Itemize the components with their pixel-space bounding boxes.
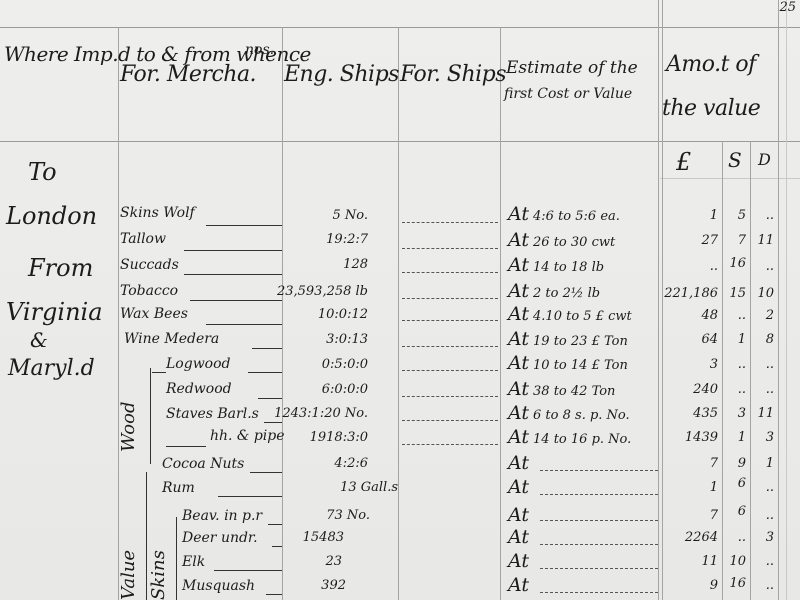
leader-line [268,524,282,525]
dotted-leader [402,248,498,249]
pounds-cell: 64 [701,332,718,347]
header-amount-line2: the value [662,96,760,121]
dotted-leader [402,222,498,223]
header-english-ships: Eng. Ships [284,62,399,87]
estimate-cell: At [508,504,533,526]
estimate-cell: At14 to 18 lb [508,254,604,276]
leader-line [152,372,166,373]
shillings-cell: 3 [738,406,746,421]
shillings-cell: .. [738,382,746,397]
column-divider-5 [658,0,659,600]
header-amount-line1: Amo.t of [666,52,756,77]
wood-brace [150,368,151,464]
place-from: From [28,254,93,282]
estimate-cell: At [508,476,533,498]
dotted-leader [402,346,498,347]
pounds-cell: 11 [701,554,718,569]
place-london: London [6,202,97,230]
pounds-cell: 3 [710,357,718,372]
leader-line [184,274,282,275]
leader-line [184,250,282,251]
leader-line [206,324,282,325]
leader-line [252,348,282,349]
pence-cell: .. [766,508,774,523]
dotted-leader [402,370,498,371]
leader-line [166,446,206,447]
dotted-leader [540,544,658,545]
item-label: Wax Bees [120,306,188,322]
header-pounds: £ [676,148,691,176]
shillings-cell: 15 [729,286,746,301]
pounds-cell: 1439 [685,430,718,445]
qty-cell: 23,593,258 lb [277,284,368,299]
header-bottom-rule [0,141,800,142]
place-and: & [30,328,48,352]
pence-cell: .. [766,554,774,569]
qty-cell: 10:0:12 [318,307,368,322]
shillings-cell: .. [738,530,746,545]
qty-cell: 128 [343,257,368,272]
estimate-cell: At14 to 16 p. No. [508,426,631,448]
pounds-cell: 2264 [685,530,718,545]
estimate-cell: At [508,452,533,474]
qty-cell: 15483 [303,530,344,545]
pence-cell: 2 [766,308,774,323]
column-divider-4 [500,27,501,600]
dotted-leader [540,494,658,495]
item-label: Succads [120,257,179,273]
column-divider-pounds [722,141,723,600]
item-label: Rum [162,480,195,496]
shillings-cell: 5 [738,208,746,223]
qty-cell: 1243:1:20 No. [274,406,368,421]
estimate-cell: At26 to 30 cwt [508,229,615,251]
qty-cell: 19:2:7 [326,232,368,247]
item-label: Wine Medera [124,331,219,347]
pounds-cell: 1 [710,480,718,495]
qty-cell: 6:0:0:0 [322,382,368,397]
leader-line [250,472,282,473]
pence-cell: 10 [757,286,774,301]
qty-cell: 5 No. [332,208,368,223]
pounds-cell: .. [710,259,718,274]
group-label-value: Value [118,550,139,600]
shillings-cell: 10 [729,554,746,569]
dotted-leader [540,592,658,593]
header-shillings: S [728,148,742,172]
header-foreign-merchandise: For. Mercha. [120,62,256,87]
pence-cell: 11 [757,233,774,248]
pounds-cell: 1 [710,208,718,223]
pounds-cell: 240 [693,382,718,397]
leader-line [258,398,282,399]
qty-cell: 0:5:0:0 [322,357,368,372]
item-label: Staves Barl.s [166,406,259,422]
pounds-cell: 7 [710,456,718,471]
dotted-leader [402,444,498,445]
column-divider-shillings [750,141,751,600]
group-label-wood: Wood [118,402,139,452]
qty-cell: 392 [321,578,346,593]
leader-line [248,372,282,373]
estimate-cell: At4.10 to 5 £ cwt [508,303,632,325]
estimate-cell: At19 to 23 £ Ton [508,328,628,350]
item-label: Beav. in p.r [182,508,262,524]
pence-cell: .. [766,382,774,397]
header-top-rule [0,27,800,28]
group-label-skins: Skins [148,550,169,600]
column-divider-3 [398,27,399,600]
estimate-cell: At6 to 8 s. p. No. [508,402,630,424]
pence-cell: .. [766,578,774,593]
leader-line [206,225,282,226]
item-label: Redwood [166,381,232,397]
item-label: Cocoa Nuts [162,456,244,472]
qty-cell: 73 No. [326,508,370,523]
shillings-cell: 7 [738,233,746,248]
estimate-cell: At [508,574,533,596]
pounds-cell: 48 [701,308,718,323]
pounds-cell: 435 [693,406,718,421]
leader-line [272,546,282,547]
column-divider-2 [282,27,283,600]
leader-line [214,570,282,571]
pence-cell: 3 [766,430,774,445]
shillings-cell: 6 [738,476,746,491]
estimate-cell: At10 to 14 £ Ton [508,352,628,374]
column-divider-pence [778,0,779,600]
qty-cell: 3:0:13 [326,332,368,347]
estimate-cell: At4:6 to 5:6 ea. [508,203,620,225]
pounds-cell: 27 [701,233,718,248]
shillings-cell: 1 [738,430,746,445]
shillings-cell: 16 [729,576,746,591]
place-to: To [28,158,57,186]
shillings-cell: 9 [738,456,746,471]
leader-line [266,594,282,595]
dotted-leader [402,420,498,421]
pence-cell: 8 [766,332,774,347]
item-label: Tobacco [120,283,178,299]
pence-cell: .. [766,259,774,274]
dotted-leader [402,320,498,321]
item-label: hh. & pipe [210,428,285,444]
shillings-cell: .. [738,308,746,323]
column-divider-edge [786,0,787,600]
pence-cell: .. [766,480,774,495]
item-label: Tallow [120,231,166,247]
ledger-page: 25 Where Imp.d to & from whence For. Mer… [0,0,800,600]
item-label: Elk [182,554,205,570]
dotted-leader [540,470,658,471]
pounds-cell: 9 [710,578,718,593]
qty-cell: 13 Gall.s [340,480,398,495]
estimate-cell: At38 to 42 Ton [508,378,615,400]
estimate-cell: At [508,550,533,572]
pence-cell: 3 [766,530,774,545]
header-foreign-ships: For. Ships [400,62,506,87]
pence-cell: 1 [766,456,774,471]
leader-line [218,496,282,497]
leader-line [190,300,282,301]
qty-cell: 23 [325,554,342,569]
place-maryland: Maryl.d [8,356,95,381]
header-estimate-line2: first Cost or Value [504,86,632,102]
shillings-cell: 16 [729,256,746,271]
header-foreign-merchandise-note: nos. [245,42,274,58]
item-label: Skins Wolf [120,205,195,221]
header-estimate-line1: Estimate of the [506,58,638,78]
currency-rule [660,178,800,179]
estimate-cell: At [508,526,533,548]
page-number: 25 [779,0,796,15]
shillings-cell: 1 [738,332,746,347]
column-divider-1 [118,27,119,600]
item-label: Musquash [182,578,255,594]
pence-cell: 11 [757,406,774,421]
column-divider-5b [662,0,663,600]
pence-cell: .. [766,208,774,223]
qty-cell: 4:2:6 [334,456,368,471]
header-pence: D [758,150,771,169]
shillings-cell: .. [738,357,746,372]
estimate-cell: At2 to 2½ lb [508,280,600,302]
pounds-cell: 7 [710,508,718,523]
value-brace [146,472,147,600]
dotted-leader [402,272,498,273]
item-label: Deer undr. [182,530,258,546]
dotted-leader [540,568,658,569]
qty-cell: 1918:3:0 [310,430,368,445]
item-label: Logwood [166,356,231,372]
pence-cell: .. [766,357,774,372]
place-virginia: Virginia [6,298,103,326]
leader-line [264,422,282,423]
dotted-leader [402,396,498,397]
shillings-cell: 6 [738,504,746,519]
dotted-leader [540,520,658,521]
skins-brace [176,517,177,600]
dotted-leader [402,298,498,299]
pounds-cell: 221,186 [664,286,718,301]
